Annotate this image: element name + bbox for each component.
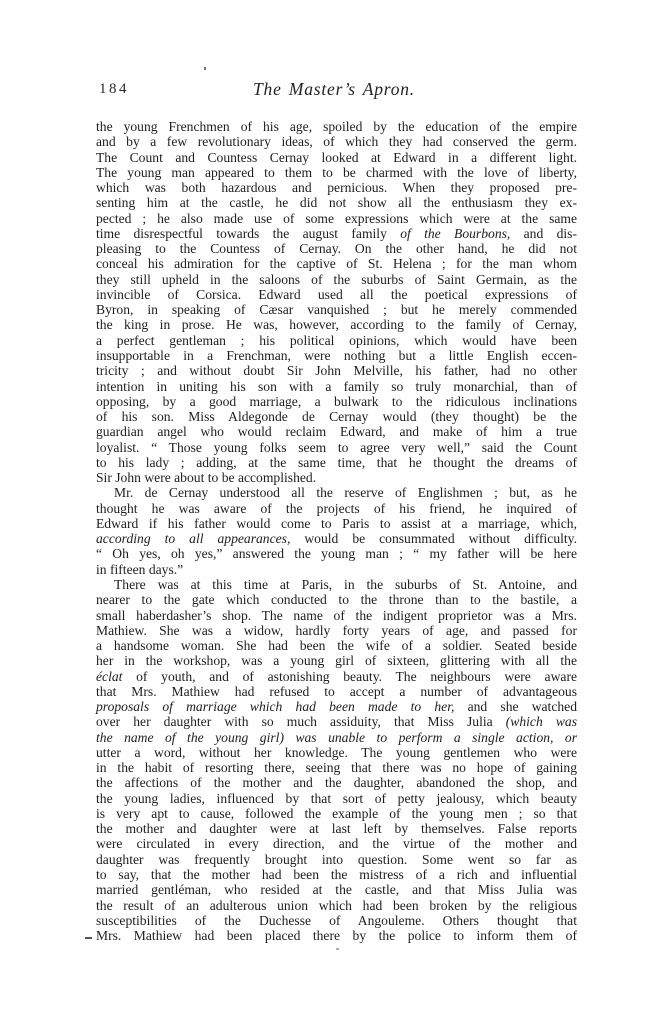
text-line: is very apt to cause, followed the examp… [96,806,577,821]
text-line: the mother and daughter were at last lef… [96,821,577,836]
text-line: invincible of Corsica. Edward used all t… [96,287,577,302]
scan-artifact [85,937,92,939]
page-text: the young Frenchmen of his age, spoiled … [96,119,577,943]
text-line: Mr. de Cernay understood all the reserve… [96,485,577,500]
text-line: a handsome woman. She had been the wife … [96,638,577,653]
text-line: according to all appearances, would be c… [96,531,577,546]
text-line: Byron, in speaking of Cæsar vanquished ;… [96,302,577,317]
text-line: éclat of youth, and of astonishing beaut… [96,669,577,684]
text-line: in the habit of resorting there, seeing … [96,760,577,775]
text-line: the affections of the mother and the dau… [96,775,577,790]
text-line: her in the workshop, was a young girl of… [96,653,577,668]
text-line: the king in prose. He was, however, acco… [96,317,577,332]
paragraph: Mr. de Cernay understood all the reserve… [96,485,577,577]
text-line: over her daughter with so much assiduity… [96,714,577,729]
scan-artifact [336,948,339,950]
text-line: opposing, by a good marriage, a bulwark … [96,394,577,409]
text-line: the result of an adulterous union which … [96,898,577,913]
text-line: The Count and Countess Cernay looked at … [96,150,577,165]
text-line: and by a few revolutionary ideas, of whi… [96,134,577,149]
text-line: The young man appeared to them to be cha… [96,165,577,180]
text-line: insupportable in a Frenchman, were nothi… [96,348,577,363]
text-line: Mathiew. She was a widow, hardly forty y… [96,623,577,638]
text-line: which was both hazardous and pernicious.… [96,180,577,195]
text-line: pected ; he also made use of some expres… [96,211,577,226]
text-line: proposals of marriage which had been mad… [96,699,577,714]
text-line: pleasing to the Countess of Cernay. On t… [96,241,577,256]
text-line: the young Frenchmen of his age, spoiled … [96,119,577,134]
text-line: a perfect gentleman ; his political opin… [96,333,577,348]
text-line: to his lady ; adding, at the same time, … [96,455,577,470]
text-line: Sir John were about to be accomplished. [96,470,577,485]
book-page: 184 The Master’s Apron. the young French… [0,0,668,1027]
text-line: the young ladies, influenced by that sor… [96,791,577,806]
text-line: thought he was aware of the projects of … [96,501,577,516]
text-line: time disrespectful towards the august fa… [96,226,577,241]
text-line: Mrs. Mathiew had been placed there by th… [96,928,577,943]
paragraph: There was at this time at Paris, in the … [96,577,577,943]
text-line: that Mrs. Mathiew had refused to accept … [96,684,577,699]
text-line: were circulated in every direction, and … [96,836,577,851]
text-line: the name of the young girl) was unable t… [96,730,577,745]
scan-artifact [204,67,206,70]
text-line: “ Oh yes, oh yes,” answered the young ma… [96,546,577,561]
text-line: of his son. Miss Aldegonde de Cernay wou… [96,409,577,424]
paragraph: the young Frenchmen of his age, spoiled … [96,119,577,485]
text-line: intention in uniting his son with a fami… [96,379,577,394]
text-line: utter a word, without her knowledge. The… [96,745,577,760]
text-line: senting him at the castle, he did not sh… [96,195,577,210]
text-line: Edward if his father would come to Paris… [96,516,577,531]
text-line: daughter was frequently brought into que… [96,852,577,867]
text-line: conceal his admiration for the captive o… [96,256,577,271]
text-line: loyalist. “ Those young folks seem to ag… [96,440,577,455]
text-line: they still upheld in the saloons of the … [96,272,577,287]
text-line: in fifteen days.” [96,562,577,577]
text-line: small haberdasher’s shop. The name of th… [96,608,577,623]
text-line: There was at this time at Paris, in the … [96,577,577,592]
text-line: tricity ; and without doubt Sir John Mel… [96,363,577,378]
text-line: susceptibilities of the Duchesse of Ango… [96,913,577,928]
text-line: guardian angel who would reclaim Edward,… [96,424,577,439]
running-title: The Master’s Apron. [0,79,668,100]
text-line: to say, that the mother had been the mis… [96,867,577,882]
text-line: nearer to the gate which conducted to th… [96,592,577,607]
text-line: married gentléman, who resided at the ca… [96,882,577,897]
